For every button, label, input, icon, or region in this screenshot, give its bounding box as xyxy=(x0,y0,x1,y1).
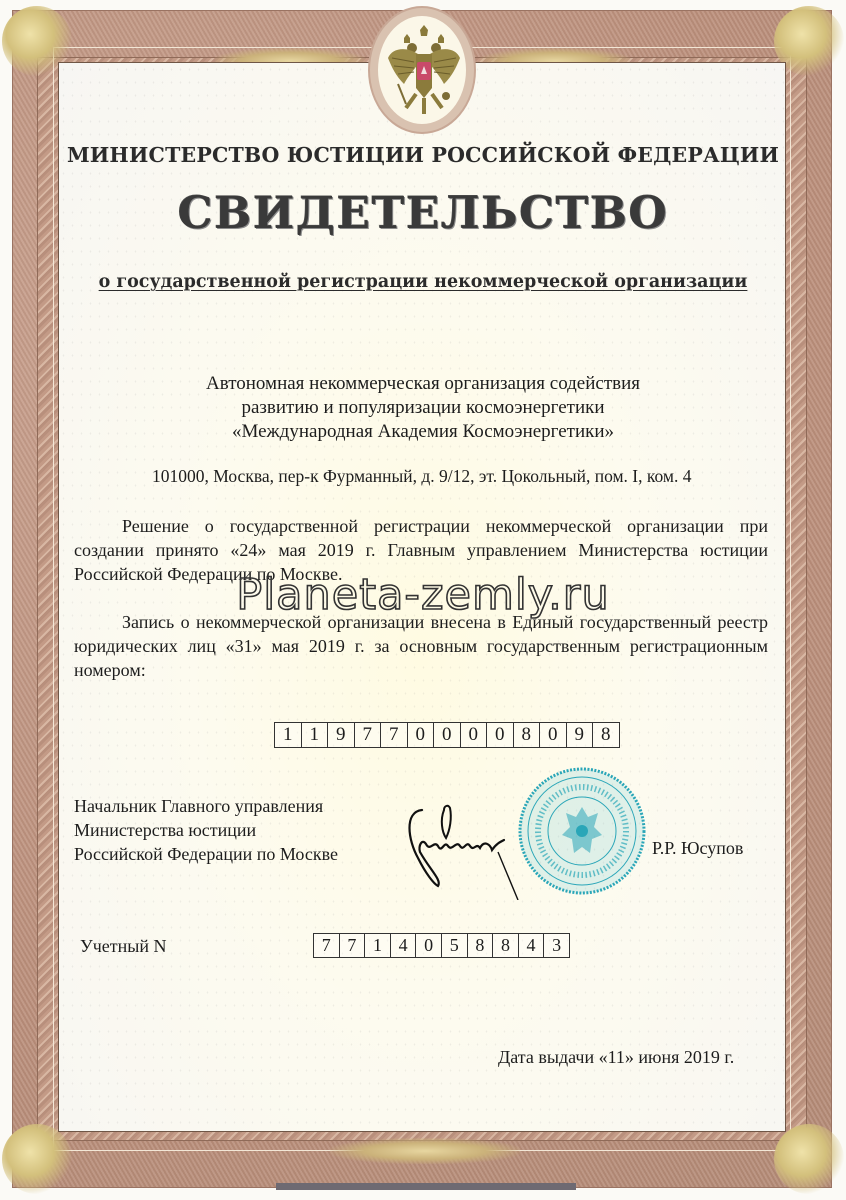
account-digit: 7 xyxy=(314,934,340,957)
account-digit: 8 xyxy=(468,934,494,957)
ogrn-digit: 0 xyxy=(487,723,514,747)
signer-position: Начальник Главного управления Министерст… xyxy=(74,794,338,866)
account-digit: 4 xyxy=(519,934,545,957)
ogrn-digit: 7 xyxy=(381,723,408,747)
account-digit: 3 xyxy=(544,934,569,957)
ogrn-number: 1 1 9 7 7 0 0 0 0 8 0 9 8 xyxy=(274,722,620,748)
organization-name: Автономная некоммерческая организация со… xyxy=(0,372,846,444)
organization-line: развитию и популяризации космоэнергетики xyxy=(0,396,846,420)
ogrn-digit: 7 xyxy=(355,723,382,747)
account-digit: 8 xyxy=(493,934,519,957)
ogrn-digit: 8 xyxy=(593,723,619,747)
account-digit: 4 xyxy=(391,934,417,957)
scroll-ornament-icon xyxy=(330,1138,520,1164)
ogrn-digit: 8 xyxy=(514,723,541,747)
ogrn-digit: 9 xyxy=(567,723,594,747)
organization-address: 101000, Москва, пер-к Фурманный, д. 9/12… xyxy=(152,466,692,487)
double-headed-eagle-icon xyxy=(384,24,464,120)
watermark-text: Planeta-zemly.ru xyxy=(0,570,846,620)
ogrn-digit: 0 xyxy=(408,723,435,747)
account-digit: 1 xyxy=(365,934,391,957)
official-seal-icon xyxy=(516,765,648,897)
account-number: 7 7 1 4 0 5 8 8 4 3 xyxy=(313,933,570,958)
signer-name: Р.Р. Юсупов xyxy=(652,838,743,859)
signer-line: Российской Федерации по Москве xyxy=(74,842,338,866)
account-digit: 7 xyxy=(340,934,366,957)
emblem-medallion xyxy=(370,8,474,132)
signature-icon xyxy=(400,800,530,900)
ogrn-digit: 1 xyxy=(302,723,329,747)
ministry-heading: МИНИСТЕРСТВО ЮСТИЦИИ РОССИЙСКОЙ ФЕДЕРАЦИ… xyxy=(0,143,846,167)
printer-imprint-strip xyxy=(276,1183,576,1190)
signer-line: Начальник Главного управления xyxy=(74,794,338,818)
ogrn-digit: 0 xyxy=(540,723,567,747)
document-subtitle: о государственной регистрации некоммерче… xyxy=(0,272,846,292)
ogrn-digit: 0 xyxy=(461,723,488,747)
ogrn-digit: 9 xyxy=(328,723,355,747)
corner-ornament-icon xyxy=(2,1124,72,1194)
account-digit: 5 xyxy=(442,934,468,957)
issue-date: Дата выдачи «11» июня 2019 г. xyxy=(498,1047,734,1068)
organization-line: «Международная Академия Космоэнергетики» xyxy=(0,420,846,444)
signer-line: Министерства юстиции xyxy=(74,818,338,842)
organization-line: Автономная некоммерческая организация со… xyxy=(0,372,846,396)
document-title: СВИДЕТЕЛЬСТВО xyxy=(0,188,846,239)
account-digit: 0 xyxy=(416,934,442,957)
ogrn-digit: 0 xyxy=(434,723,461,747)
registry-paragraph: Запись о некоммерческой организации внес… xyxy=(74,610,768,682)
corner-ornament-icon xyxy=(774,1124,844,1194)
account-number-label: Учетный N xyxy=(80,936,167,957)
ogrn-digit: 1 xyxy=(275,723,302,747)
registry-text: Запись о некоммерческой организации внес… xyxy=(74,610,768,682)
